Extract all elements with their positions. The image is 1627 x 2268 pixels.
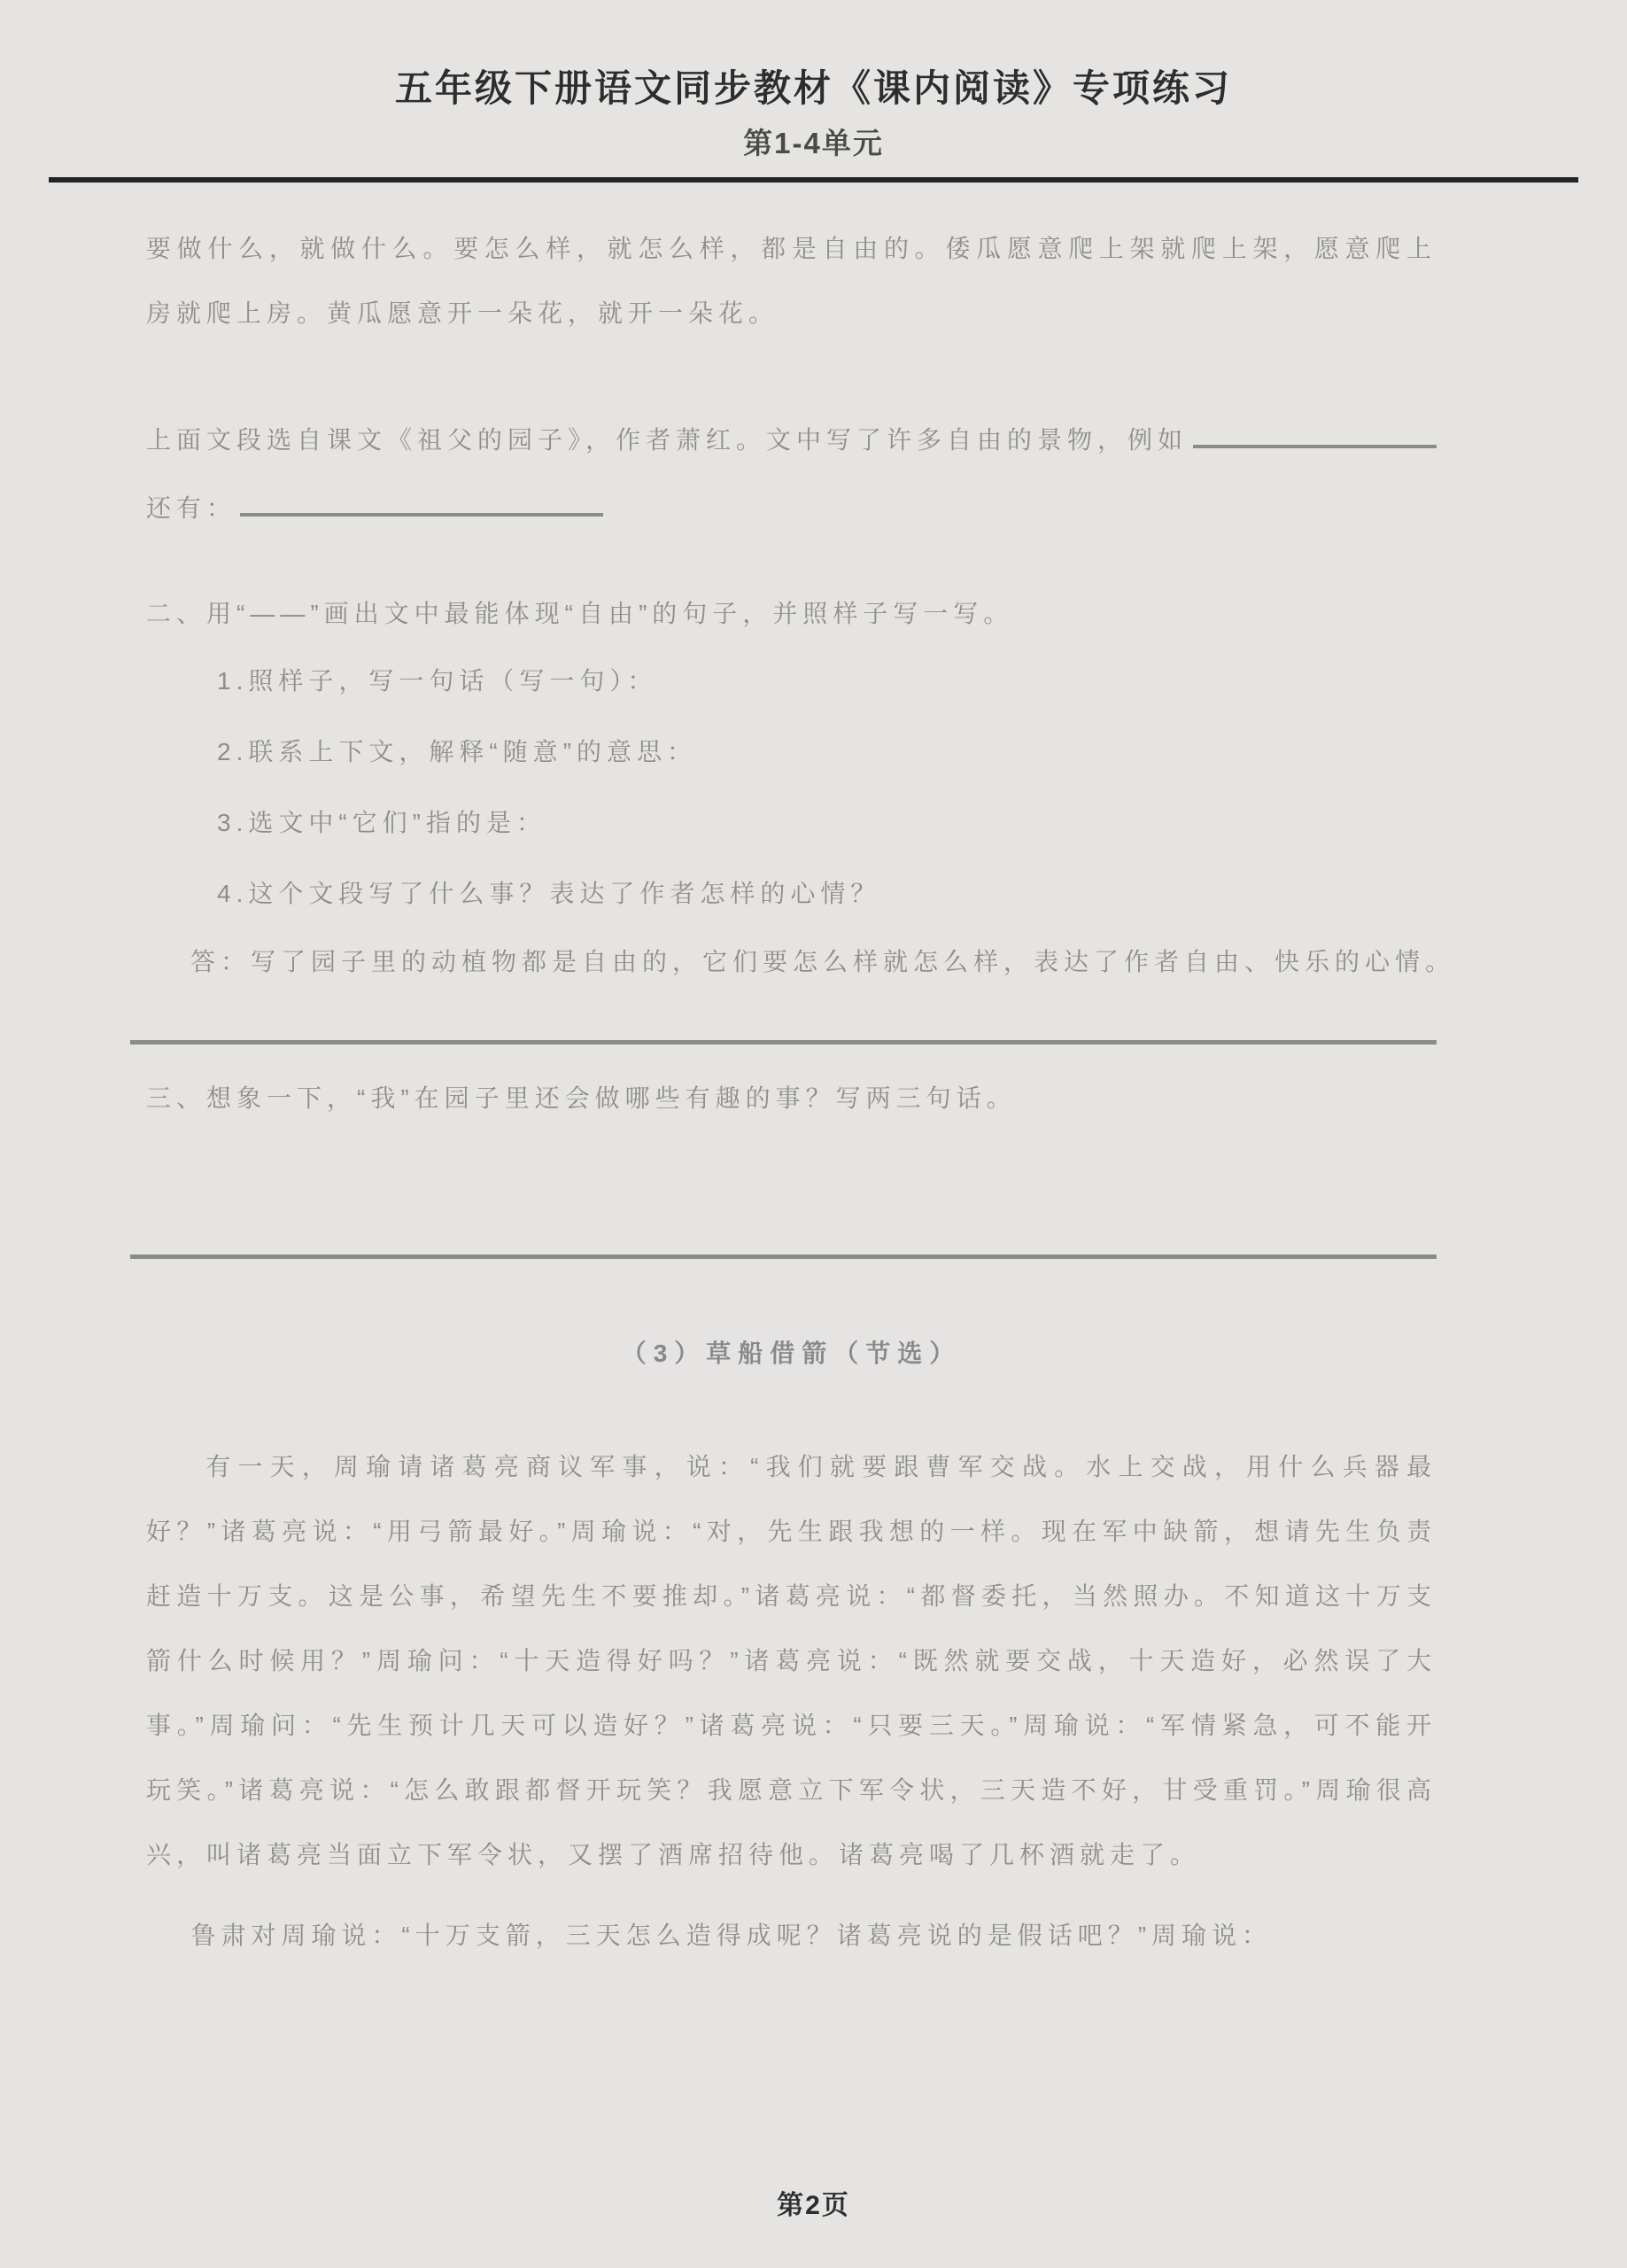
fill-in-label: 还有： (146, 494, 236, 522)
sub-question-4: 4.这个文段写了什么事？表达了作者怎样的心情？ (146, 858, 1437, 929)
reading-passage-continued: 鲁肃对周瑜说：“十万支箭，三天怎么造得成呢？诸葛亮说的是假话吧？”周瑜说： (146, 1903, 1437, 1968)
worksheet-body: 要做什么，就做什么。要怎么样，就怎么样，都是自由的。倭瓜愿意爬上架就爬上架，愿意… (146, 216, 1437, 1968)
page-subtitle: 第1-4单元 (0, 126, 1627, 161)
answer-blank (240, 472, 603, 517)
answer-blank (1193, 404, 1437, 448)
section-three-heading: 三、想象一下，“我”在园子里还会做哪些有趣的事？写两三句话。 (146, 1066, 1437, 1130)
fill-in-question-text: 上面文段选自课文《祖父的园子》，作者萧红。文中写了许多自由的景物，例如 (146, 408, 1188, 472)
answer-line: 答：写了园子里的动植物都是自由的，它们要怎么样就怎么样，表达了作者自由、快乐的心… (146, 929, 1437, 994)
page-title: 五年级下册语文同步教材《课内阅读》专项练习 (0, 0, 1627, 113)
page-number: 第2页 (0, 2183, 1627, 2222)
sub-question-2: 2.联系上下文，解释“随意”的意思： (146, 717, 1437, 788)
fill-in-label-line: 还有： (146, 472, 1437, 540)
title-divider (49, 177, 1578, 183)
answer-write-line (130, 1254, 1437, 1259)
worksheet-page: 五年级下册语文同步教材《课内阅读》专项练习 第1-4单元 要做什么，就做什么。要… (0, 0, 1627, 2268)
reading-passage: 有一天，周瑜请诸葛亮商议军事，说：“我们就要跟曹军交战。水上交战，用什么兵器最好… (146, 1434, 1437, 1887)
section-two-heading: 二、用“——”画出文中最能体现“自由”的句子，并照样子写一写。 (146, 581, 1437, 646)
fill-in-question-line: 上面文段选自课文《祖父的园子》，作者萧红。文中写了许多自由的景物，例如 (146, 404, 1437, 472)
sub-question-3: 3.选文中“它们”指的是： (146, 788, 1437, 858)
passage-title: （3）草船借箭（节选） (146, 1321, 1437, 1386)
sub-question-1: 1.照样子，写一句话（写一句）： (146, 646, 1437, 717)
answer-write-line (130, 1040, 1437, 1045)
continuation-paragraph: 要做什么，就做什么。要怎么样，就怎么样，都是自由的。倭瓜愿意爬上架就爬上架，愿意… (146, 216, 1437, 346)
